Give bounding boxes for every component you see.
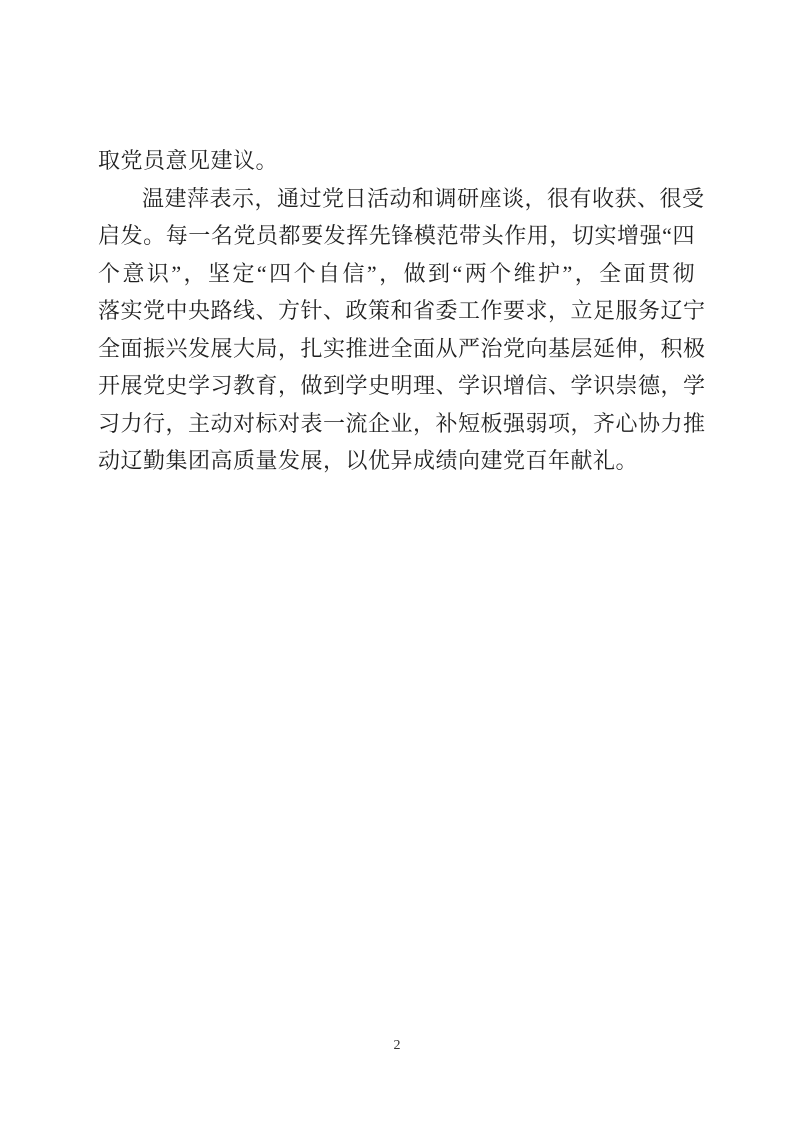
paragraph-continuation: 取党员意见建议。 <box>98 142 695 180</box>
text-line: 温建萍表示，通过党日活动和调研座谈，很有收获、很受 <box>98 180 695 218</box>
text-line: 全面振兴发展大局，扎实推进全面从严治党向基层延伸，积极 <box>98 330 695 368</box>
text-line: 落实党中央路线、方针、政策和省委工作要求，立足服务辽宁 <box>98 292 695 330</box>
text-line: 习力行，主动对标对表一流企业，补短板强弱项，齐心协力推 <box>98 405 695 443</box>
document-body: 取党员意见建议。 温建萍表示，通过党日活动和调研座谈，很有收获、很受 启发。每一… <box>98 142 695 480</box>
page-number: 2 <box>394 1038 401 1053</box>
text-line: 取党员意见建议。 <box>98 142 695 180</box>
text-line: 个意识”，坚定“四个自信”，做到“两个维护”，全面贯彻 <box>98 255 695 293</box>
text-line: 动辽勤集团高质量发展，以优异成绩向建党百年献礼。 <box>98 442 695 480</box>
page-footer: 2 <box>0 1039 794 1053</box>
paragraph-main: 温建萍表示，通过党日活动和调研座谈，很有收获、很受 启发。每一名党员都要发挥先锋… <box>98 180 695 480</box>
text-line: 开展党史学习教育，做到学史明理、学识增信、学识崇德，学 <box>98 367 695 405</box>
document-page: 取党员意见建议。 温建萍表示，通过党日活动和调研座谈，很有收获、很受 启发。每一… <box>0 0 794 1122</box>
text-line: 启发。每一名党员都要发挥先锋模范带头作用，切实增强“四 <box>98 217 695 255</box>
